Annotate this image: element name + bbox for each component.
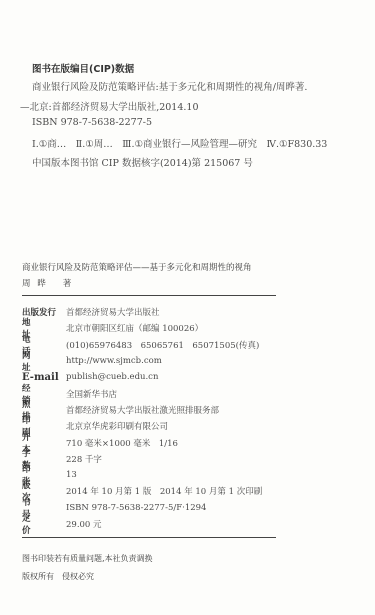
cip-record-number-line: 中国版本图书馆 CIP 数据核字(2014)第 215067 号 — [32, 155, 253, 169]
info-value: 228 千字 — [66, 453, 102, 465]
cip-isbn-line: ISBN 978-7-5638-2277-5 — [32, 117, 152, 128]
cip-title-line: 商业银行风险及防范策略评估:基于多元化和周期性的视角/周晔著. — [32, 79, 307, 93]
info-value: 首都经济贸易大学出版社 — [66, 306, 160, 318]
divider-top — [22, 295, 276, 296]
info-label: 定价 — [22, 512, 66, 536]
cip-classification-line: Ⅰ.①商… Ⅱ.①周… Ⅲ.①商业银行—风险管理—研究 Ⅳ.①F830.33 — [32, 136, 327, 150]
info-row-website: 网址 http://www.sjmcb.com — [22, 353, 262, 369]
info-value: publish@cueb.edu.cn — [66, 372, 158, 382]
quality-notice: 图书印装若有质量问题,本社负责调换 — [22, 553, 153, 564]
book-author: 周 晔 著 — [22, 277, 71, 289]
divider-bottom — [22, 537, 276, 538]
info-label: 网址 — [22, 349, 66, 373]
info-value: 29.00 元 — [66, 518, 102, 530]
info-value: 北京京华虎彩印刷有限公司 — [66, 420, 168, 432]
info-value: 13 — [66, 470, 77, 480]
copyright-notice: 版权所有 侵权必究 — [22, 571, 94, 582]
info-value: 2014 年 10 月第 1 版 2014 年 10 月第 1 次印刷 — [66, 485, 262, 497]
info-value: http://www.sjmcb.com — [66, 356, 162, 366]
info-value: (010)65976483 65065761 65071505(传真) — [66, 339, 259, 351]
info-value: 全国新华书店 — [66, 388, 117, 400]
info-value: 710 毫米×1000 毫米 1/16 — [66, 437, 178, 449]
info-value: 首都经济贸易大学出版社激光照排服务部 — [66, 404, 219, 416]
info-value: ISBN 978-7-5638-2277-5/F·1294 — [66, 503, 206, 513]
book-title: 商业银行风险及防范策略评估——基于多元化和周期性的视角 — [22, 261, 252, 273]
info-row-price: 定价 29.00 元 — [22, 516, 262, 532]
publication-info-list: 出版发行 首都经济贸易大学出版社 地址 北京市朝阳区红庙（邮编 100026） … — [22, 304, 262, 532]
cip-heading: 图书在版编目(CIP)数据 — [32, 61, 134, 75]
info-value: 北京市朝阳区红庙（邮编 100026） — [66, 322, 203, 334]
cip-publisher-line: —北京:首都经济贸易大学出版社,2014.10 — [20, 99, 199, 113]
